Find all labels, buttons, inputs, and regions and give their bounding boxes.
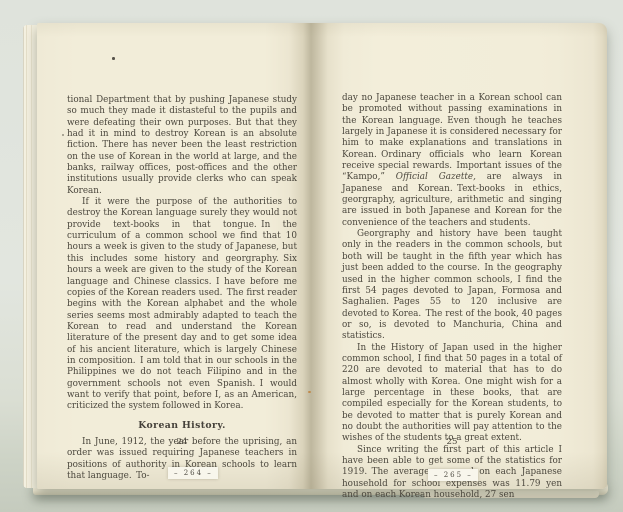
paragraph-continuation: day no Japanese teacher in a Korean scho… <box>342 93 562 229</box>
paragraph-text: day no Japanese teacher in a Korean scho… <box>342 93 562 182</box>
page-left: tional Department that by pushing Japane… <box>67 95 297 481</box>
italic-gazette-title: Official Gazette, <box>396 172 476 182</box>
folio-stamp: – 264 – <box>168 467 218 479</box>
paragraph: If it were the purpose of the authoritie… <box>67 197 297 413</box>
book-spread: tional Department that by pushing Japane… <box>37 23 607 489</box>
foxing-speck <box>62 134 64 136</box>
section-heading: Korean History. <box>67 420 297 431</box>
folio-stamp: – 265 – <box>428 469 478 481</box>
paragraph-continuation: tional Department that by pushing Japane… <box>67 95 297 197</box>
paragraph: Georgraphy and history have been taught … <box>342 229 562 342</box>
page-right: day no Japanese teacher in a Korean scho… <box>342 93 562 483</box>
scanned-book-photo: tional Department that by pushing Japane… <box>0 0 623 512</box>
open-book: tional Department that by pushing Japane… <box>23 23 607 491</box>
foxing-speck <box>112 57 115 60</box>
page-number: 24 <box>67 437 297 447</box>
paragraph: In the History of Japan used in the high… <box>342 343 562 445</box>
page-number: 25 <box>342 437 562 447</box>
left-page-text: tional Department that by pushing Japane… <box>67 95 297 482</box>
foxing-speck <box>308 391 311 393</box>
